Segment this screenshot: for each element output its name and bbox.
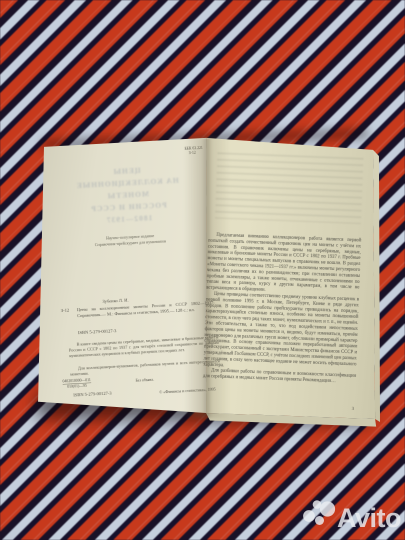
text-showthrough (215, 152, 363, 224)
photo-open-book: ББК 63.221 З-12 ЦЕНЫ НА КОЛЛЕКЦИОННЫЕ МО… (0, 0, 405, 540)
avito-watermark: Avito (296, 496, 402, 538)
publishing-code-note: Без объявл. (135, 377, 154, 382)
isbn-footer: ISBN 5-279-00127-3 (73, 390, 112, 397)
open-book: ББК 63.221 З-12 ЦЕНЫ НА КОЛЛЕКЦИОННЫЕ МО… (30, 130, 380, 432)
page-number: 3 (352, 406, 354, 411)
publishing-code-denominator: 010(01)—95 (63, 382, 92, 389)
book-spine-shadow (184, 137, 230, 418)
edition-note: Научно-популярное издание Справочник-пре… (68, 231, 192, 249)
publishing-code: 0402010000—011 010(01)—95 (62, 378, 91, 390)
avito-logo-icon (303, 500, 335, 525)
catalog-index: З-12 (61, 307, 78, 319)
title-showthrough: ЦЕНЫ НА КОЛЛЕКЦИОННЫЕ МОНЕТЫ РОССИИ И СС… (67, 162, 188, 228)
isbn-line: ISBN 5-279-00127-3 (78, 328, 117, 335)
avito-watermark-label: Avito (337, 503, 401, 533)
author-line: Зубенко Л. И. (102, 297, 128, 303)
